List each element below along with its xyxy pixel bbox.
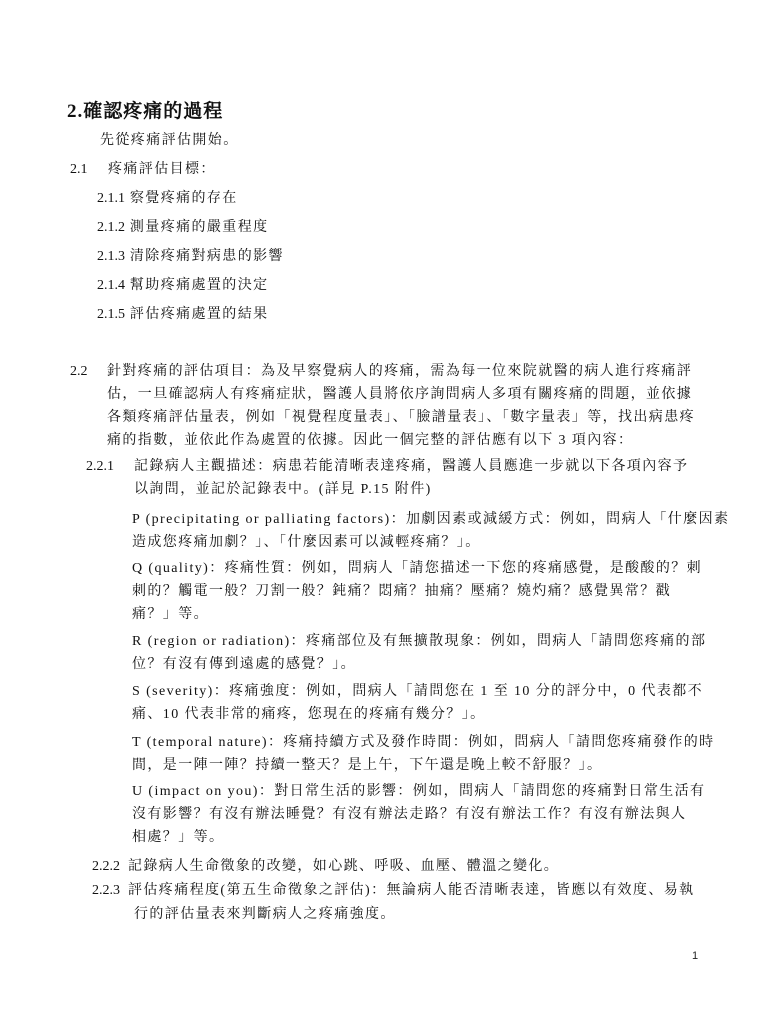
factor-t-line-1: T (temporal nature)：疼痛持續方式及發作時間：例如，問病人「請… <box>132 734 715 752</box>
factor-p-line-2: 造成您疼痛加劇？」、「什麼因素可以減輕疼痛？」。 <box>132 534 481 552</box>
factor-u-line-1: U (impact on you)：對日常生活的影響：例如，問病人「請問您的疼痛… <box>132 783 705 801</box>
factor-q-line-1: Q (quality)：疼痛性質：例如，問病人「請您描述一下您的疼痛感覺，是酸酸… <box>132 560 702 578</box>
factor-s-line-1: S (severity)：疼痛強度：例如，問病人「請問您在 1 至 10 分的評… <box>132 683 703 701</box>
page-number: 1 <box>692 950 698 962</box>
section-2-1-heading: 疼痛評估目標： <box>108 161 216 179</box>
intro-text: 先從疼痛評估開始。 <box>100 132 239 150</box>
section-2-2-line-1: 針對疼痛的評估項目：為及早察覺病人的疼痛，需為每一位來院就醫的病人進行疼痛評 <box>107 363 692 381</box>
item-2-1-4: 2.1.4 幫助疼痛處置的決定 <box>97 277 269 295</box>
item-text: 評估疼痛處置的結果 <box>130 307 269 322</box>
item-text: 察覺疼痛的存在 <box>130 191 238 206</box>
item-number: 2.1.1 <box>97 190 125 208</box>
item-text: 清除疼痛對病患的影響 <box>130 249 284 264</box>
document-page: 2.確認疼痛的過程 先從疼痛評估開始。 2.1 疼痛評估目標： 2.1.1 察覺… <box>0 0 768 1024</box>
item-number: 2.1.5 <box>97 306 125 324</box>
item-text: 測量疼痛的嚴重程度 <box>130 220 269 235</box>
item-number: 2.1.3 <box>97 248 125 266</box>
sub-2-2-3-number: 2.2.3 <box>92 882 120 900</box>
factor-u-line-3: 相處？」等。 <box>132 829 224 847</box>
sub-2-2-3-line-2: 行的評估量表來判斷病人之疼痛強度。 <box>134 906 396 924</box>
item-2-1-2: 2.1.2 測量疼痛的嚴重程度 <box>97 219 269 237</box>
factor-r-line-2: 位？有沒有傳到遠處的感覺？」。 <box>132 656 356 674</box>
item-2-1-3: 2.1.3 清除疼痛對病患的影響 <box>97 248 284 266</box>
section-2-1-number: 2.1 <box>70 161 88 179</box>
factor-u-line-2: 沒有影響？有沒有辦法睡覺？有沒有辦法走路？有沒有辦法工作？有沒有辦法與人 <box>132 806 686 824</box>
sub-2-2-1-number: 2.2.1 <box>86 458 114 476</box>
section-2-2-number: 2.2 <box>70 363 88 381</box>
item-number: 2.1.2 <box>97 219 125 237</box>
item-text: 幫助疼痛處置的決定 <box>130 278 269 293</box>
sub-2-2-3-line-1: 評估疼痛程度(第五生命徵象之評估)：無論病人能否清晰表達，皆應以有效度、易執 <box>128 882 695 900</box>
sub-2-2-1-line-2: 以詢問，並記於記錄表中。(詳見 P.15 附件) <box>134 481 432 499</box>
factor-t-line-2: 間，是一陣一陣？持續一整天？是上午，下午還是晚上較不舒服？」。 <box>132 757 602 775</box>
item-number: 2.1.4 <box>97 277 125 295</box>
item-2-1-5: 2.1.5 評估疼痛處置的結果 <box>97 306 269 324</box>
section-2-2-line-2: 估，一旦確認病人有疼痛症狀，醫護人員將依序詢問病人多項有關疼痛的問題，並依據 <box>107 386 692 404</box>
factor-s-line-2: 痛、10 代表非常的痛疼，您現在的疼痛有幾分？」。 <box>132 706 486 724</box>
sub-2-2-1-line-1: 記錄病人主觀描述：病患若能清晰表達疼痛，醫護人員應進一步就以下各項內容予 <box>134 458 688 476</box>
sub-2-2-2-text: 記錄病人生命徵象的改變，如心跳、呼吸、血壓、體溫之變化。 <box>128 858 559 876</box>
factor-q-line-2: 刺的？觸電一般？刀割一般？鈍痛？悶痛？抽痛？壓痛？燒灼痛？感覺異常？戳 <box>132 583 671 601</box>
factor-r-line-1: R (region or radiation)：疼痛部位及有無擴散現象：例如，問… <box>132 633 706 651</box>
factor-q-line-3: 痛？」等。 <box>132 606 209 624</box>
section-2-2-line-4: 痛的指數，並依此作為處置的依據。因此一個完整的評估應有以下 3 項內容： <box>107 432 633 450</box>
section-title: 2.確認疼痛的過程 <box>67 96 223 123</box>
section-2-2-line-3: 各類疼痛評估量表，例如「視覺程度量表」、「臉譜量表」、「數字量表」等，找出病患疼 <box>107 409 695 427</box>
factor-p-line-1: P (precipitating or palliating factors)：… <box>132 511 729 529</box>
sub-2-2-2-number: 2.2.2 <box>92 858 120 876</box>
item-2-1-1: 2.1.1 察覺疼痛的存在 <box>97 190 238 208</box>
